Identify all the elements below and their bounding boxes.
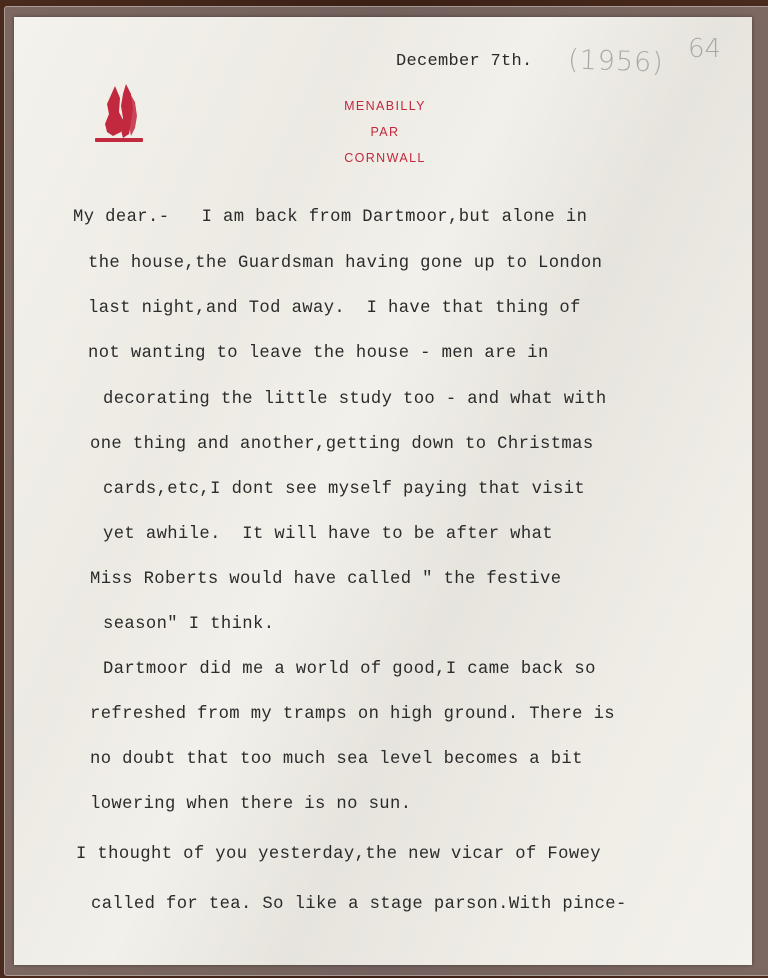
letterhead-town: PAR	[310, 125, 460, 151]
pencil-year-annotation: (1956)	[567, 44, 664, 78]
body-line: Miss Roberts would have called " the fes…	[90, 570, 561, 589]
pencil-page-number: 64	[688, 34, 721, 64]
letterhead-house: MENABILLY	[310, 99, 460, 125]
body-line: the house,the Guardsman having gone up t…	[88, 254, 602, 273]
body-line: lowering when there is no sun.	[90, 795, 411, 814]
body-line: cards,etc,I dont see myself paying that …	[103, 480, 585, 499]
body-line: no doubt that too much sea level becomes…	[90, 750, 583, 769]
body-line: refreshed from my tramps on high ground.…	[90, 705, 615, 724]
body-line: called for tea. So like a stage parson.W…	[91, 895, 627, 914]
body-line: yet awhile. It will have to be after wha…	[103, 525, 553, 544]
body-line: I thought of you yesterday,the new vicar…	[76, 845, 601, 864]
letter-date: December 7th.	[396, 52, 533, 71]
body-line: My dear.- I am back from Dartmoor,but al…	[73, 208, 587, 227]
winged-crest-icon	[93, 82, 147, 148]
body-line: last night,and Tod away. I have that thi…	[88, 299, 581, 318]
body-line: one thing and another,getting down to Ch…	[90, 435, 594, 454]
body-line: decorating the little study too - and wh…	[103, 390, 607, 409]
letterhead-address: MENABILLY PAR CORNWALL	[310, 99, 460, 177]
body-line: season" I think.	[103, 615, 274, 634]
body-line: not wanting to leave the house - men are…	[88, 344, 549, 363]
body-line: Dartmoor did me a world of good,I came b…	[103, 660, 596, 679]
letterhead-county: CORNWALL	[310, 151, 460, 177]
